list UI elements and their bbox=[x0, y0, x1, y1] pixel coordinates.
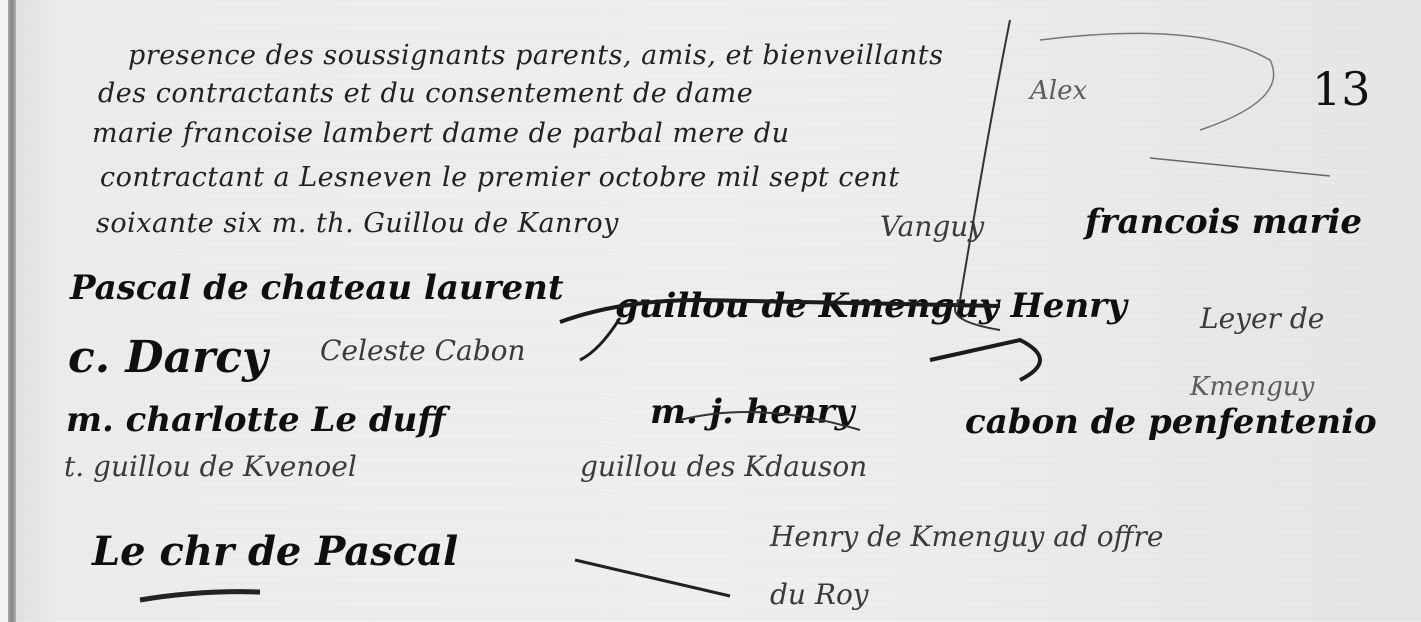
body-line-3: marie francoise lambert dame de parbal m… bbox=[92, 118, 790, 149]
signature-guillou-de-kmenguy-henry: guillou de Kmenguy Henry bbox=[615, 286, 1127, 326]
signature-c-darcy: c. Darcy bbox=[68, 332, 268, 383]
signature-m-j-henry: m. j. henry bbox=[650, 392, 854, 432]
page-margin bbox=[0, 0, 8, 622]
signature-cabon-de-penfentenio: cabon de penfentenio bbox=[965, 402, 1377, 442]
body-line-1: presence des soussignants parents, amis,… bbox=[128, 40, 943, 71]
signature-t-guillou-de-kvenoel: t. guillou de Kvenoel bbox=[64, 450, 357, 483]
manuscript-page: 13 presence des soussignants parents, am… bbox=[0, 0, 1421, 622]
signature-leyer-de: Leyer de bbox=[1200, 302, 1324, 335]
signature-guillou-des-kdauson: guillou des Kdauson bbox=[580, 450, 867, 483]
signature-celeste-cabon: Celeste Cabon bbox=[320, 334, 526, 367]
signature-m-charlotte-le-duff: m. charlotte Le duff bbox=[66, 400, 445, 440]
signature-francois-marie: francois marie bbox=[1085, 202, 1362, 242]
signature-kmenguy: Kmenguy bbox=[1190, 372, 1314, 402]
signature-le-chr-de-pascal: Le chr de Pascal bbox=[92, 528, 458, 575]
marginal-note: Alex bbox=[1030, 76, 1087, 106]
body-line-5: soixante six m. th. Guillou de Kanroy bbox=[96, 208, 619, 239]
body-line-4: contractant a Lesneven le premier octobr… bbox=[100, 162, 900, 193]
body-line-2: des contractants et du consentement de d… bbox=[98, 78, 753, 109]
signature-vanguy: Vanguy bbox=[880, 210, 984, 243]
signature-henry-de-kmenguy: Henry de Kmenguy ad offre bbox=[770, 520, 1163, 553]
signature-du-roy: du Roy bbox=[770, 578, 869, 611]
binding-edge bbox=[8, 0, 16, 622]
folio-number: 13 bbox=[1312, 62, 1371, 116]
signature-pascal-de-chateaulaurent: Pascal de chateau laurent bbox=[70, 268, 564, 308]
